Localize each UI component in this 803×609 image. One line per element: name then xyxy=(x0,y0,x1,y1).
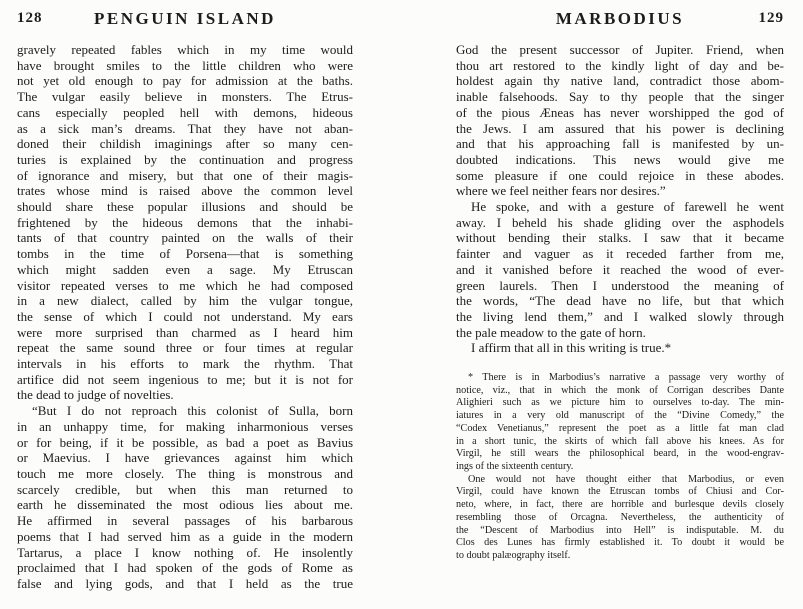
paragraph: “But I do not reproach this colonist of … xyxy=(17,403,353,591)
text-line: false and lying gods, and that I held as… xyxy=(17,576,353,592)
text-line: some pleasure if one could rejoice in th… xyxy=(456,168,784,184)
text-line: in a short tunic, the skirts of which fa… xyxy=(456,436,784,449)
text-line: touch me more closely. The thing is mons… xyxy=(17,466,353,482)
text-line: neto, where, in fact, there are horrible… xyxy=(456,499,784,512)
text-line: as a sick man’s dreams. That they have n… xyxy=(17,121,353,137)
text-line: the Jews. I am assured that his power is… xyxy=(456,121,784,137)
left-page-body: gravely repeated fables which in my time… xyxy=(17,42,353,592)
text-line: Virgil, he still wears the philosophical… xyxy=(456,448,784,461)
text-line: were more surprised than charmed as I he… xyxy=(17,325,353,341)
left-page-header: 128 PENGUIN ISLAND xyxy=(17,9,353,29)
text-line: artifice did not seem ingenious to me; b… xyxy=(17,372,353,388)
paragraph: God the present successor of Jupiter. Fr… xyxy=(456,42,784,199)
text-line: intervals in his efforts to mark the rhy… xyxy=(17,356,353,372)
text-line: of ignorance and misery, but that one of… xyxy=(17,168,353,184)
left-running-title: PENGUIN ISLAND xyxy=(17,9,353,29)
text-line: and that his approaching fall is manifes… xyxy=(456,136,784,152)
text-line: Clos des Lunes has firmly established it… xyxy=(456,537,784,550)
text-line: poems that I had served him as a guide i… xyxy=(17,529,353,545)
text-line: the words, “The dead have no life, but t… xyxy=(456,293,784,309)
text-line: I affirm that all in this writing is tru… xyxy=(456,340,784,356)
text-line: to doubt palæography itself. xyxy=(456,550,784,563)
text-line: proclaimed that I had spoken of the gods… xyxy=(17,560,353,576)
text-line: scarcely credible, but when this man ret… xyxy=(17,482,353,498)
text-line: ings of the sixteenth century. xyxy=(456,461,784,474)
text-line: repeat the same sound three or four time… xyxy=(17,340,353,356)
text-line: which might sadden even a sage. My Etrus… xyxy=(17,262,353,278)
paragraph: One would not have thought either that M… xyxy=(456,474,784,563)
text-line: inable falsehoods. Say to thy people tha… xyxy=(456,89,784,105)
text-line: doubted indications. This news would giv… xyxy=(456,152,784,168)
text-line: in an unhappy time, for making inharmoni… xyxy=(17,419,353,435)
text-line: fainter and vaguer as it receded farther… xyxy=(456,246,784,262)
text-line: The vulgar easily believe in monsters. T… xyxy=(17,89,353,105)
text-line: God the present successor of Jupiter. Fr… xyxy=(456,42,784,58)
text-line: the sense of which I could not understan… xyxy=(17,309,353,325)
text-line: cans especially peopled hell with demons… xyxy=(17,105,353,121)
text-line: tants of that country painted on the wal… xyxy=(17,230,353,246)
text-line: visitor repeated verses to me which he h… xyxy=(17,278,353,294)
text-line: gravely repeated fables which in my time… xyxy=(17,42,353,58)
text-line: of the pious Æneas has never worshipped … xyxy=(456,105,784,121)
text-line: or Maevius. I have grievances against hi… xyxy=(17,450,353,466)
text-line: Virgil, could have known the Etruscan to… xyxy=(456,486,784,499)
text-line: “Codex Venetianus,” represent the poet a… xyxy=(456,423,784,436)
page-129: MARBODIUS 129 God the present successor … xyxy=(456,9,784,563)
right-running-title: MARBODIUS xyxy=(456,9,784,29)
text-line: holdest again thy native land, contradic… xyxy=(456,73,784,89)
text-line: or for being, if it be possible, as bad … xyxy=(17,435,353,451)
text-line: the dead to judge of novelties. xyxy=(17,387,353,403)
text-line: thou art restored to the kindly light of… xyxy=(456,58,784,74)
text-line: “But I do not reproach this colonist of … xyxy=(17,403,353,419)
page-128: 128 PENGUIN ISLAND gravely repeated fabl… xyxy=(17,9,353,592)
paragraph: * There is in Marbodius’s narrative a pa… xyxy=(456,372,784,474)
text-line: away. I beheld his shade gliding over th… xyxy=(456,215,784,231)
text-line: * There is in Marbodius’s narrative a pa… xyxy=(456,372,784,385)
text-line: resembling those of Orcagna. Nevertheles… xyxy=(456,512,784,525)
text-line: without bending their stalks. I saw that… xyxy=(456,230,784,246)
text-line: and it vanished before it reached the wo… xyxy=(456,262,784,278)
text-line: the living lend them,” and I walked slow… xyxy=(456,309,784,325)
text-line: earth he disseminated the most odious li… xyxy=(17,497,353,513)
text-line: have brought smiles to the little childr… xyxy=(17,58,353,74)
right-page-body: God the present successor of Jupiter. Fr… xyxy=(456,42,784,356)
text-line: iatures in a very old manuscript of the … xyxy=(456,410,784,423)
text-line: in a new dialect, called by him the vulg… xyxy=(17,293,353,309)
book-spread: 128 PENGUIN ISLAND gravely repeated fabl… xyxy=(0,0,803,609)
text-line: trates whose mind is raised above the co… xyxy=(17,183,353,199)
text-line: Alighieri such as we picture him to ours… xyxy=(456,397,784,410)
text-line: doned their childish imaginings after so… xyxy=(17,136,353,152)
text-line: not yet old enough to pay for admission … xyxy=(17,73,353,89)
left-page-number: 128 xyxy=(17,10,43,27)
text-line: green laurels. Then I understood the mea… xyxy=(456,278,784,294)
text-line: He affirmed in several passages of his b… xyxy=(17,513,353,529)
text-line: where we feel neither fears nor desires.… xyxy=(456,183,784,199)
text-line: the pale meadow to the gate of horn. xyxy=(456,325,784,341)
paragraph: gravely repeated fables which in my time… xyxy=(17,42,353,403)
paragraph: I affirm that all in this writing is tru… xyxy=(456,340,784,356)
text-line: He spoke, and with a gesture of farewell… xyxy=(456,199,784,215)
right-page-number: 129 xyxy=(759,10,785,27)
paragraph: He spoke, and with a gesture of farewell… xyxy=(456,199,784,340)
text-line: notice, viz., that in which the monk of … xyxy=(456,385,784,398)
footnote-block: * There is in Marbodius’s narrative a pa… xyxy=(456,372,784,563)
text-line: Tartarus, a place I know nothing of. He … xyxy=(17,545,353,561)
text-line: should share these popular illusions and… xyxy=(17,199,353,215)
text-line: the “Descent of Marbodius into Hell” is … xyxy=(456,525,784,538)
text-line: One would not have thought either that M… xyxy=(456,474,784,487)
text-line: frightened by the hideous demons that th… xyxy=(17,215,353,231)
right-page-header: MARBODIUS 129 xyxy=(456,9,784,29)
text-line: tombs in the time of Porsena—that is som… xyxy=(17,246,353,262)
text-line: turies is explained by the continuation … xyxy=(17,152,353,168)
